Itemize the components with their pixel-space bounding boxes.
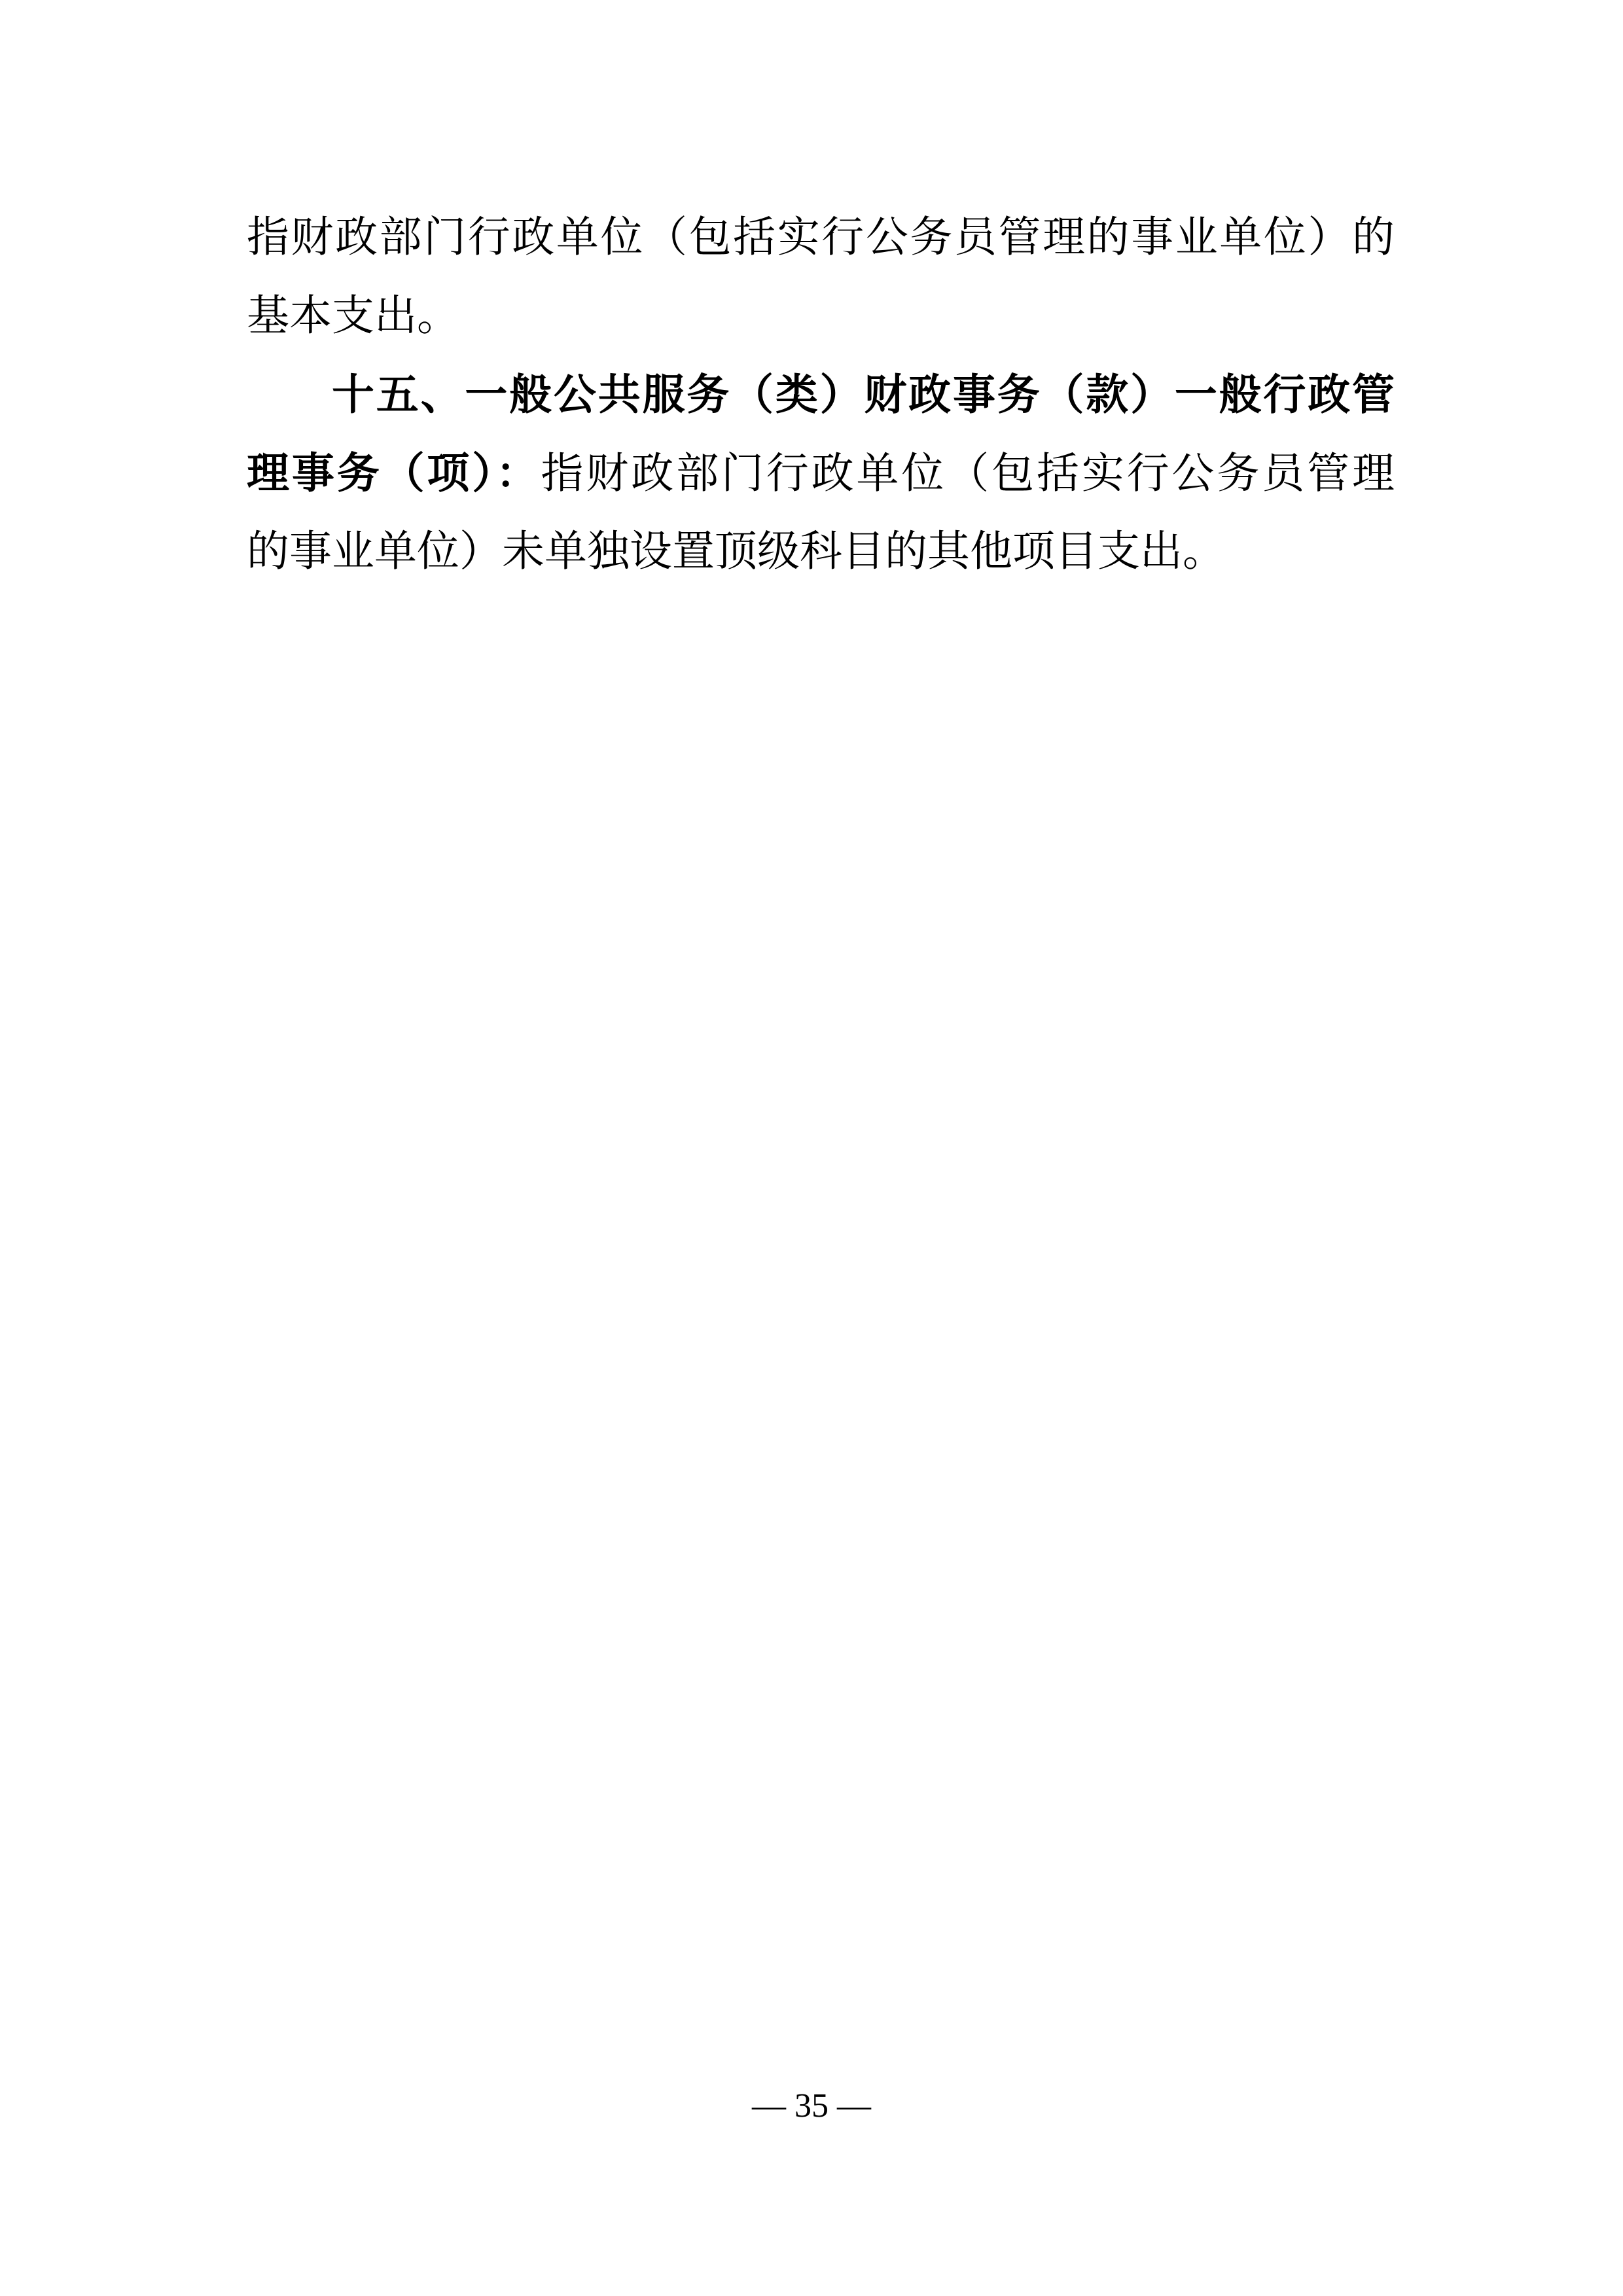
text-line: 理事务（项）：指财政部门行政单位（包括实行公务员管理	[247, 434, 1395, 512]
body-text-segment: 指财政部门行政单位（包括实行公务员管理	[541, 450, 1395, 497]
heading-text-segment: 理事务（项）：	[247, 449, 541, 497]
text-line: 指财政部门行政单位（包括实行公务员管理的事业单位）的	[247, 198, 1395, 277]
text-line: 基本支出。	[247, 277, 1395, 355]
body-text-block: 指财政部门行政单位（包括实行公务员管理的事业单位）的基本支出。十五、一般公共服务…	[247, 198, 1395, 591]
document-page: 指财政部门行政单位（包括实行公务员管理的事业单位）的基本支出。十五、一般公共服务…	[0, 0, 1623, 2296]
heading-text-segment: 十五、一般公共服务（类）财政事务（款）一般行政管	[332, 370, 1395, 418]
text-line: 的事业单位）未单独设置顶级科目的其他项目支出。	[247, 512, 1395, 591]
body-text-segment: 指财政部门行政单位（包括实行公务员管理的事业单位）的	[247, 214, 1395, 261]
page-number: — 35 —	[0, 2085, 1623, 2127]
body-text-segment: 的事业单位）未单独设置顶级科目的其他项目支出。	[247, 528, 1225, 575]
text-line: 十五、一般公共服务（类）财政事务（款）一般行政管	[247, 355, 1395, 434]
body-text-segment: 基本支出。	[247, 293, 459, 340]
